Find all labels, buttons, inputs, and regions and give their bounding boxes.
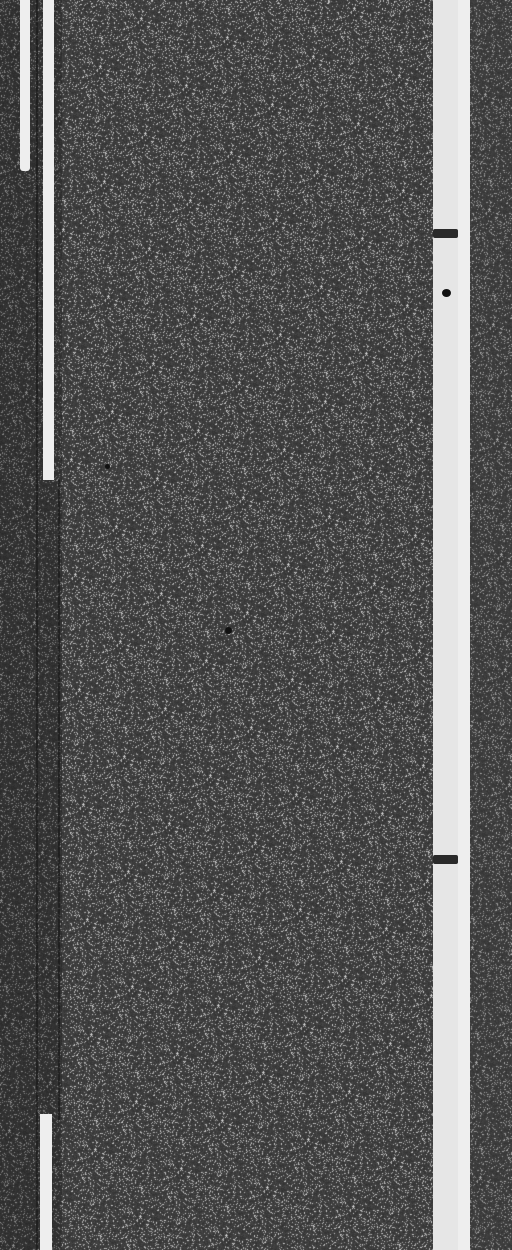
right-shoulder [470,0,512,1250]
marking-patch [433,855,458,864]
pavement-seam [36,0,38,1250]
marking-defect [442,289,451,297]
edge-marking-solid [458,0,470,1250]
road-aerial-image [0,0,512,1250]
pavement-defect [105,464,110,469]
pavement-seam [58,480,60,1120]
marking-patch [433,229,458,238]
lane-marking-dashed [40,1114,52,1250]
lane-marking-dashed [20,0,30,171]
lane-marking-dashed [43,0,54,480]
pavement-defect [225,627,232,634]
edge-marking-worn [433,0,458,1250]
